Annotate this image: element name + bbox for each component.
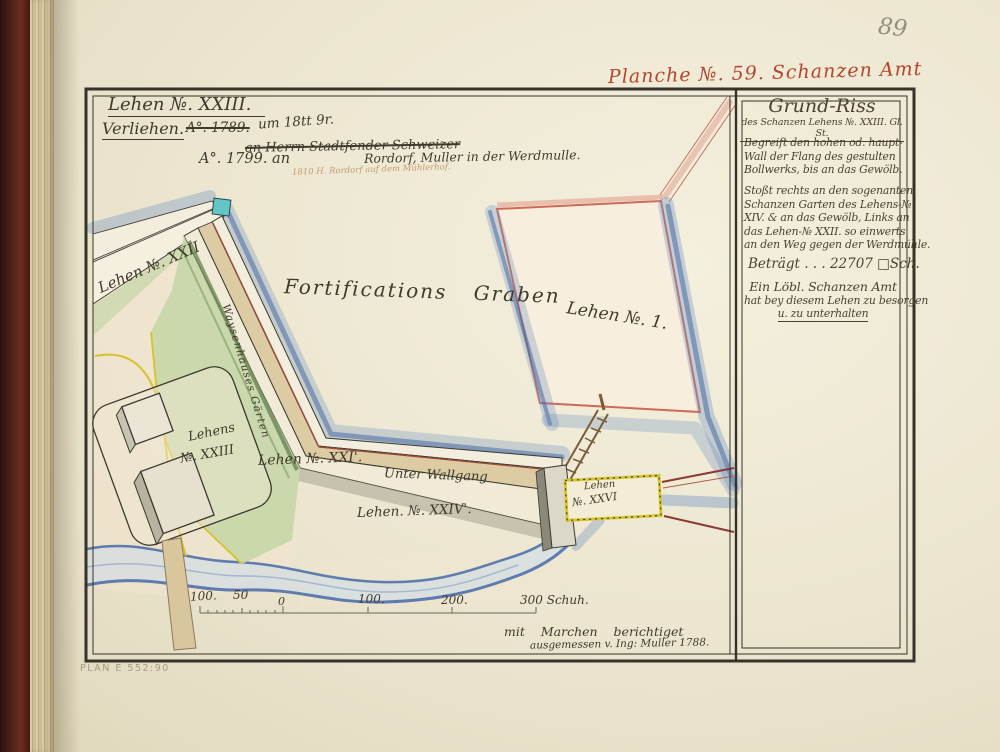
scanned-atlas-page: 89 Planche №. 59. Schanzen Amt Lehen №. … bbox=[0, 0, 1000, 752]
scale-tick-300: 300 Schuh. bbox=[520, 594, 589, 607]
scale-tick-100l: 100. bbox=[190, 589, 217, 603]
panel-paragraph-3: Ein Löbl. Schanzen Amt hat bey diesem Le… bbox=[744, 280, 902, 321]
panel-title: Grund-Riss bbox=[742, 95, 902, 117]
title-struck-year: A°. 1789. bbox=[186, 121, 250, 135]
page-number: 89 bbox=[877, 15, 909, 42]
lower-right-works bbox=[536, 465, 734, 551]
title-verliehen: Verliehen. bbox=[102, 121, 184, 138]
scale-tick-0: 0 bbox=[278, 596, 285, 608]
title-name2: Rordorf, Muller in der Werdmulle. bbox=[364, 148, 581, 165]
label-lehen-xxiv: Lehen. №. XXIV'. bbox=[357, 502, 472, 520]
title-lehen-number: Lehen №. XXIII. bbox=[108, 96, 265, 115]
panel-paragraph-2: Stoßt rechts an den sogenanten Schanzen … bbox=[744, 184, 902, 252]
archive-stamp: PLAN E 552:90 bbox=[80, 664, 170, 674]
scale-tick-100: 100. bbox=[358, 593, 385, 606]
scale-tick-200: 200. bbox=[441, 594, 468, 607]
title-year2: A°. 1799. an bbox=[199, 152, 290, 167]
corner-bastion-marker bbox=[212, 198, 231, 216]
surveyor-note-1: mit Marchen berichtiget bbox=[504, 625, 683, 638]
scale-tick-50: 50 bbox=[233, 589, 248, 602]
panel-amount: Beträgt . . . 22707 □Sch. bbox=[748, 256, 920, 272]
panel-paragraph-1: Begreift den hohen od. haupt- Wall der F… bbox=[744, 136, 902, 177]
scale-bar bbox=[200, 606, 536, 613]
